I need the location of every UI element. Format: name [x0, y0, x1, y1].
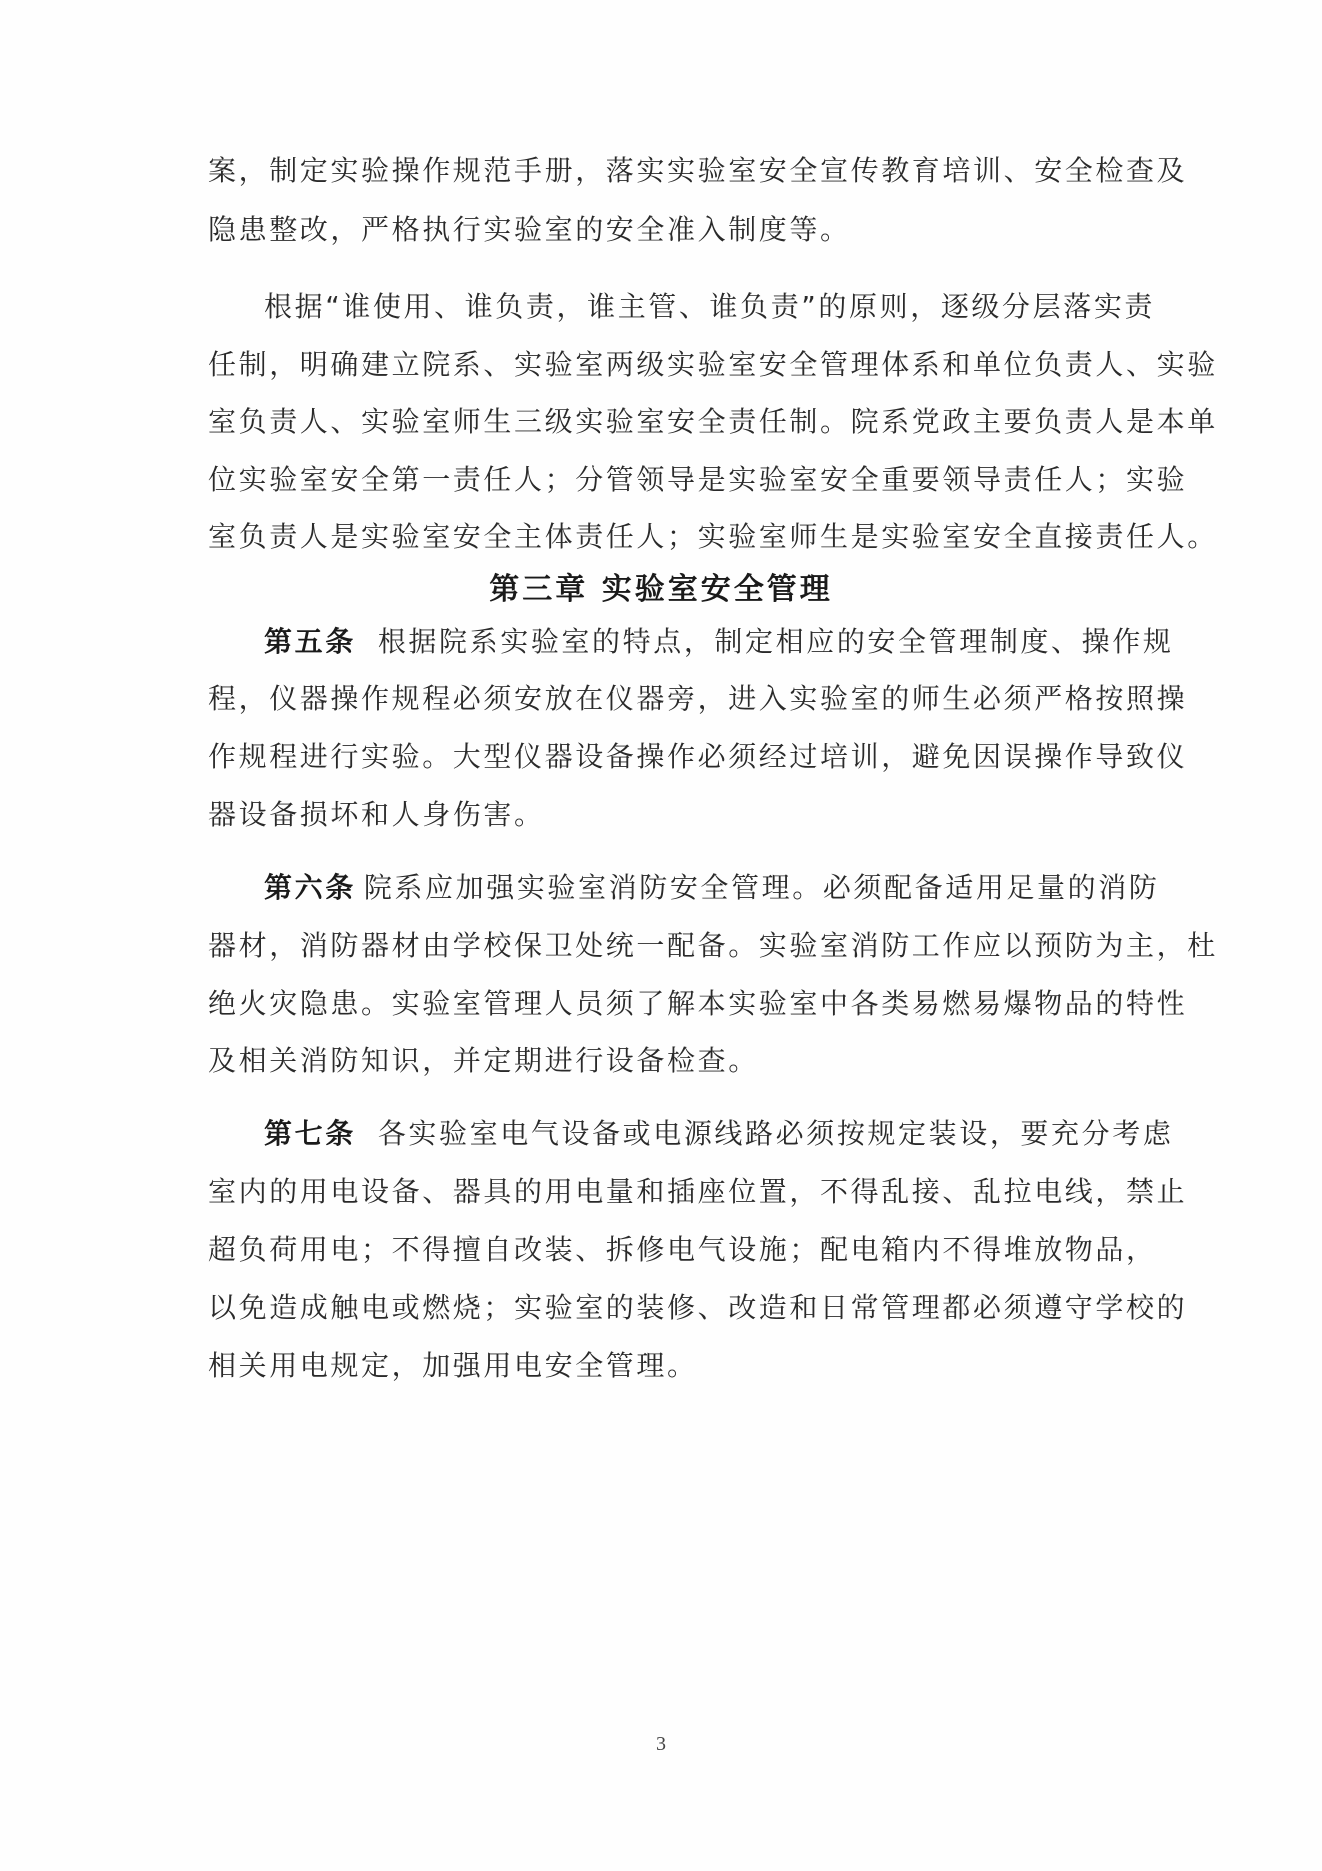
body-text-line: 作规程进行实验。大型仪器设备操作必须经过培训，避免因误操作导致仪 — [208, 737, 1128, 777]
body-text-line: 及相关消防知识，并定期进行设备检查。 — [208, 1041, 1128, 1081]
article-label: 第七条 — [264, 1117, 356, 1150]
body-text-line: 位实验室安全第一责任人；分管领导是实验室安全重要领导责任人；实验 — [208, 460, 1128, 500]
body-text-line: 任制，明确建立院系、实验室两级实验室安全管理体系和单位负责人、实验 — [208, 345, 1128, 385]
article-first-line: 第七条各实验室电气设备或电源线路必须按规定装设，要充分考虑 — [264, 1114, 1128, 1154]
body-text-line: 以免造成触电或燃烧；实验室的装修、改造和日常管理都必须遵守学校的 — [208, 1288, 1128, 1328]
body-text-line: 器材，消防器材由学校保卫处统一配备。实验室消防工作应以预防为主，杜 — [208, 926, 1128, 966]
article-first-line: 第六条院系应加强实验室消防安全管理。必须配备适用足量的消防 — [264, 868, 1128, 908]
body-text-line: 隐患整改，严格执行实验室的安全准入制度等。 — [208, 210, 1128, 250]
article-label: 第六条 — [264, 871, 356, 904]
body-text: 根据院系实验室的特点，制定相应的安全管理制度、操作规 — [378, 625, 1174, 658]
body-text-line: 室负责人、实验室师生三级实验室安全责任制。院系党政主要负责人是本单 — [208, 402, 1128, 442]
body-text-line: 室负责人是实验室安全主体责任人；实验室师生是实验室安全直接责任人。 — [208, 517, 1128, 557]
page-number: 3 — [0, 1733, 1322, 1756]
body-text: 院系应加强实验室消防安全管理。必须配备适用足量的消防 — [364, 871, 1160, 904]
body-text-line: 根据“谁使用、谁负责，谁主管、谁负责”的原则，逐级分层落实责 — [264, 287, 1128, 327]
body-text-line: 绝火灾隐患。实验室管理人员须了解本实验室中各类易燃易爆物品的特性 — [208, 984, 1128, 1024]
body-text-line: 程，仪器操作规程必须安放在仪器旁，进入实验室的师生必须严格按照操 — [208, 679, 1128, 719]
body-text-line: 超负荷用电；不得擅自改装、拆修电气设施；配电箱内不得堆放物品， — [208, 1230, 1128, 1270]
article-first-line: 第五条根据院系实验室的特点，制定相应的安全管理制度、操作规 — [264, 622, 1128, 662]
body-text-line: 案，制定实验操作规范手册，落实实验室安全宣传教育培训、安全检查及 — [208, 151, 1128, 191]
chapter-heading: 第三章 实验室安全管理 — [0, 570, 1322, 610]
body-text: 各实验室电气设备或电源线路必须按规定装设，要充分考虑 — [378, 1117, 1174, 1150]
body-text-line: 室内的用电设备、器具的用电量和插座位置，不得乱接、乱拉电线，禁止 — [208, 1172, 1128, 1212]
body-text-line: 器设备损坏和人身伤害。 — [208, 795, 1128, 835]
body-text-line: 相关用电规定，加强用电安全管理。 — [208, 1346, 1128, 1386]
document-page: 案，制定实验操作规范手册，落实实验室安全宣传教育培训、安全检查及 隐患整改，严格… — [0, 0, 1322, 1871]
article-label: 第五条 — [264, 625, 356, 658]
